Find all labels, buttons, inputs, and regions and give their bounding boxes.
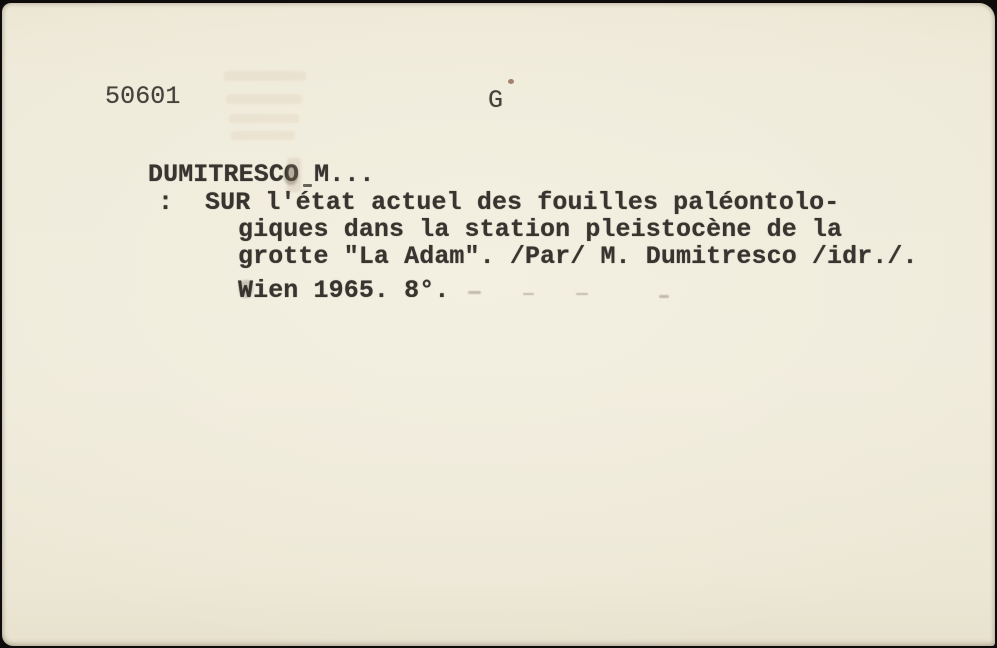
title-line-1: SUR l'état actuel des fouilles paléontol… bbox=[205, 189, 839, 216]
author-heading: DUMITRESCO M... bbox=[148, 161, 375, 188]
title-line-3: grotte "La Adam". /Par/ M. Dumitresco /i… bbox=[238, 243, 918, 270]
colon-separator: : bbox=[158, 189, 173, 216]
call-number: 50601 bbox=[105, 83, 181, 110]
ghost-ink-band bbox=[229, 114, 299, 123]
ghost-ink-band bbox=[224, 71, 306, 81]
faint-dash-mark bbox=[576, 293, 588, 295]
faint-dash-mark bbox=[523, 293, 534, 295]
section-letter: G bbox=[488, 87, 503, 114]
ghost-ink-band bbox=[231, 131, 295, 140]
faint-dash-mark bbox=[659, 295, 669, 298]
ink-speck bbox=[508, 79, 514, 84]
imprint-line: Wien 1965. 8°. bbox=[238, 277, 449, 304]
ghost-ink-band bbox=[226, 94, 302, 104]
title-line-2: giques dans la station pleistocène de la bbox=[238, 216, 842, 243]
catalog-card: 50601 G DUMITRESCO M... : SUR l'état act… bbox=[2, 3, 995, 646]
faint-dash-mark bbox=[468, 291, 481, 294]
scanned-card-page: 50601 G DUMITRESCO M... : SUR l'état act… bbox=[0, 0, 997, 648]
